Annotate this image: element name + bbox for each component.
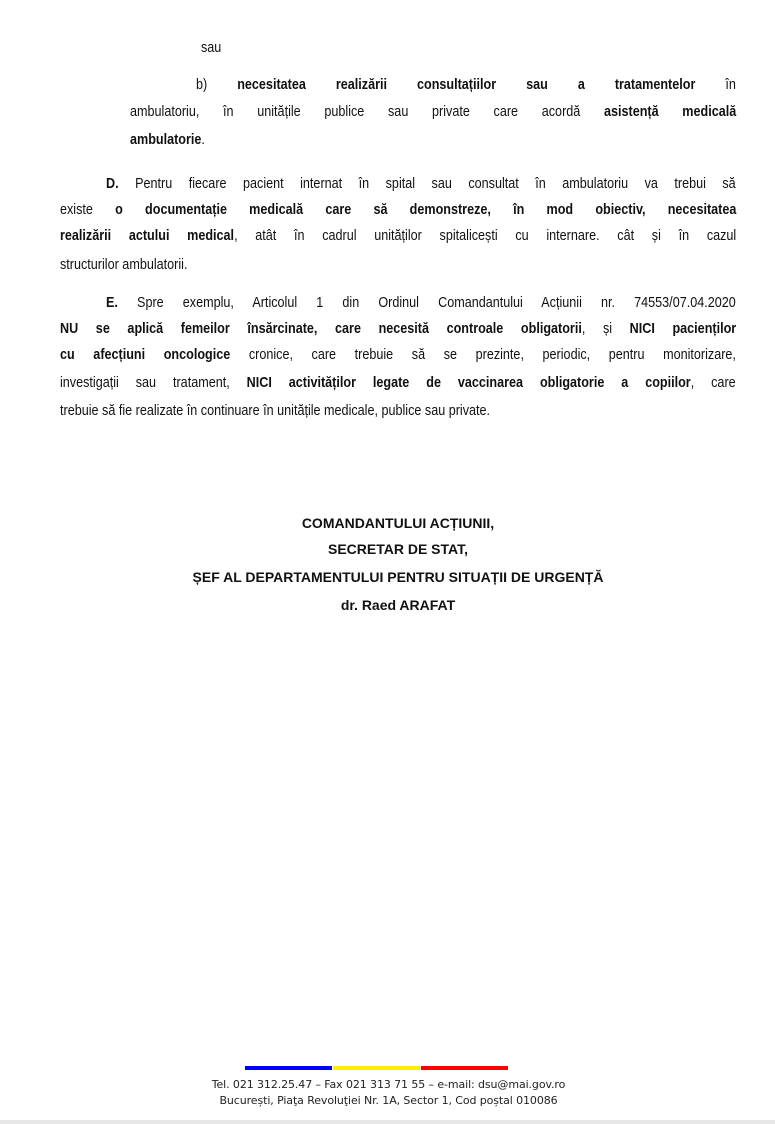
text-line: investigații sau tratament, NICI activit… [60,374,736,392]
signature-title: COMANDANTULUI ACȚIUNII, [0,514,775,532]
footer-address: București, Piaţa Revoluţiei Nr. 1A, Sect… [0,1094,775,1108]
text: existe [60,201,115,218]
text: b) [196,76,237,93]
bold-text: D. [106,175,119,192]
text: trebuie să fie realizate în continuare î… [60,402,490,419]
text: , atât în cadrul unităților spitalicești… [234,227,736,244]
viewer-bottom-edge [0,1120,775,1124]
footer-contact: Tel. 021 312.25.47 – Fax 021 313 71 55 –… [0,1078,775,1092]
signature-position: SECRETAR DE STAT, [0,540,775,558]
text-line: ambulatoriu, în unitățile publice sau pr… [130,103,736,121]
text-line: trebuie să fie realizate în continuare î… [60,402,490,420]
text: , și [582,320,630,337]
flag-stripe-yellow [333,1066,420,1070]
flag-stripe-red [421,1066,508,1070]
bold-text: asistență medicală [604,103,736,120]
bold-text: cu afecțiuni oncologice [60,346,230,363]
text-line: NU se aplică femeilor însărcinate, care … [60,320,736,338]
bold-text: necesitatea realizării consultațiilor sa… [237,76,695,93]
bold-text: NICI pacienților [630,320,737,337]
document-page: sau b) necesitatea realizării consultați… [0,0,775,1120]
bold-text: ambulatorie [130,131,201,148]
text-line: structurilor ambulatorii. [60,256,187,274]
text-line: existe o documentație medicală care să d… [60,201,736,219]
signature-department: ȘEF AL DEPARTAMENTULUI PENTRU SITUAȚII D… [0,568,775,586]
flag-stripe-blue [245,1066,332,1070]
text-line: sau [201,39,221,57]
bold-text: o documentație medicală care să demonstr… [115,201,736,218]
text-line: E. Spre exemplu, Articolul 1 din Ordinul… [106,294,736,312]
text: în [695,76,736,93]
text-line: cu afecțiuni oncologice cronice, care tr… [60,346,736,364]
text: ambulatoriu, în unitățile publice sau pr… [130,103,604,120]
bold-text: E. [106,294,118,311]
text-line: realizării actului medical, atât în cadr… [60,227,736,245]
text: cronice, care trebuie să se prezinte, pe… [230,346,736,363]
text: Pentru fiecare pacient internat în spita… [119,175,736,192]
text-line: ambulatorie. [130,131,205,149]
bold-text: NICI activităților legate de vaccinarea … [247,374,691,391]
text-line: D. Pentru fiecare pacient internat în sp… [106,175,736,193]
text: structurilor ambulatorii. [60,256,187,273]
text: sau [201,39,221,56]
signature-name: dr. Raed ARAFAT [0,596,775,614]
text: . [201,131,205,148]
text: investigații sau tratament, [60,374,247,391]
bold-text: realizării actului medical [60,227,234,244]
text: , care [691,374,736,391]
text: Spre exemplu, Articolul 1 din Ordinul Co… [118,294,736,311]
text-line: b) necesitatea realizării consultațiilor… [196,76,736,94]
bold-text: NU se aplică femeilor însărcinate, care … [60,320,582,337]
